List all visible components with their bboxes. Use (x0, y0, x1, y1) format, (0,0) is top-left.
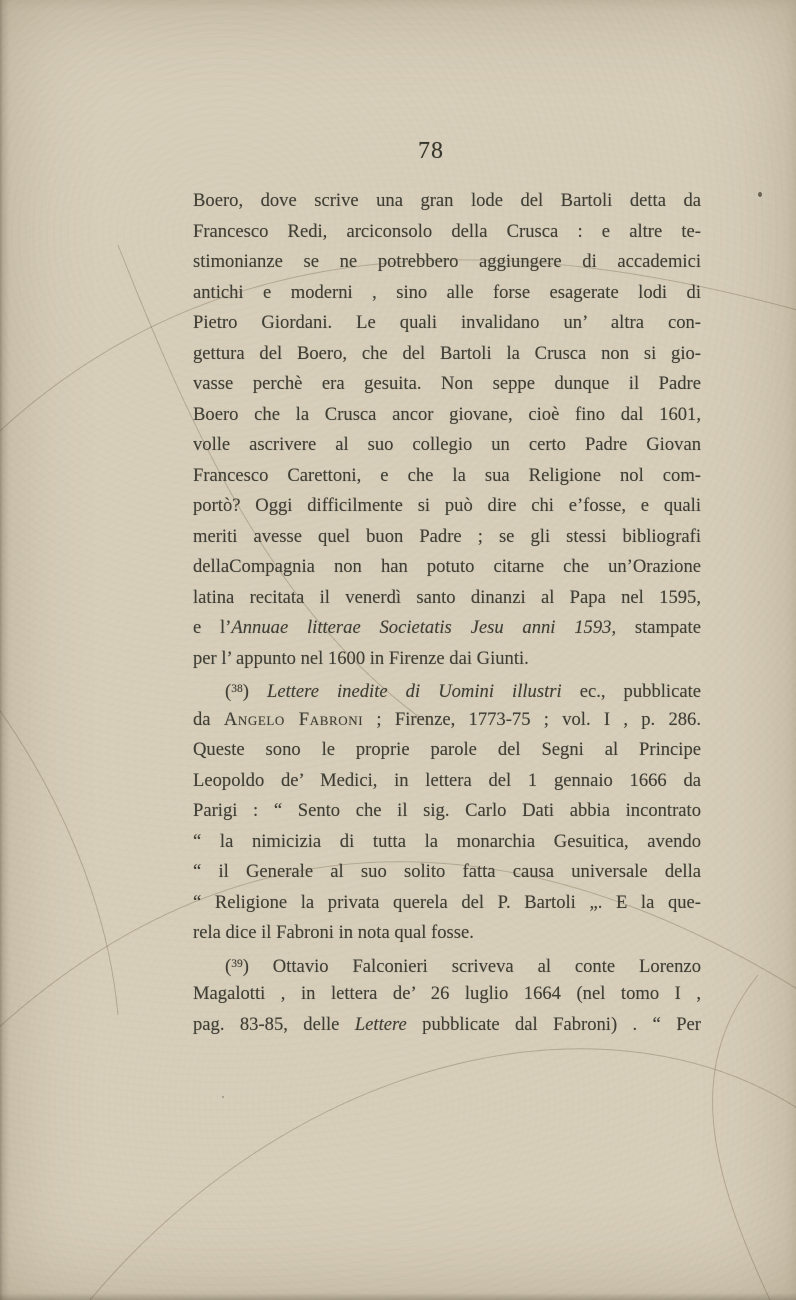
text-segment: ) (243, 681, 267, 702)
text-line: gettura del Boero, che del Bartoli la Cr… (193, 339, 701, 370)
ink-speck (222, 1096, 224, 1098)
text-line: portò? Oggi difficilmente si può dire ch… (193, 491, 701, 522)
text-line: stimonianze se ne potrebbero aggiungere … (193, 247, 701, 278)
text-segment: ) Ottavio Falconieri scriveva al conte L… (243, 955, 701, 976)
text-segment: antichi e moderni , sino alle forse esag… (193, 282, 701, 303)
text-line: dellaCompagnia non han potuto citarne ch… (193, 552, 701, 583)
text-line: volle ascrivere al suo collegio un certo… (193, 430, 701, 461)
text-segment: Leopoldo de’ Medici, in lettera del 1 ge… (193, 770, 701, 791)
text-line: “ Religione la privata querela del P. Ba… (193, 888, 701, 919)
text-segment: Francesco Carettoni, e che la sua Religi… (193, 465, 701, 486)
text-line: meriti avesse quel buon Padre ; se gli s… (193, 522, 701, 553)
text-segment: Lettere inedite di Uomini illustri (267, 681, 562, 702)
text-segment: pubblicate dal Fabroni) . “ Per (407, 1014, 701, 1035)
text-segment: Angelo Fabroni (224, 709, 363, 730)
text-segment: pag. 83-85, delle (193, 1014, 355, 1035)
text-segment: “ il Generale al suo solito fatta causa … (193, 861, 701, 882)
text-segment: Pietro Giordani. Le quali invalidano un’… (193, 312, 701, 333)
text-segment: 38 (231, 683, 243, 695)
text-line: antichi e moderni , sino alle forse esag… (193, 278, 701, 309)
text-segment: “ Religione la privata querela del P. Ba… (193, 892, 701, 913)
text-segment: portò? Oggi difficilmente si può dire ch… (193, 495, 701, 516)
text-line: pag. 83-85, delle Lettere pubblicate dal… (193, 1010, 701, 1041)
text-line: Boero che la Crusca ancor giovane, cioè … (193, 400, 701, 431)
text-line: (39) Ottavio Falconieri scriveva al cont… (193, 949, 701, 980)
text-segment: latina recitata il venerdì santo dinanzi… (193, 587, 701, 608)
body-text: Boero, dove scrive una gran lode del Bar… (193, 186, 701, 1040)
text-line: da Angelo Fabroni ; Firenze, 1773-75 ; v… (193, 705, 701, 736)
text-line: Francesco Carettoni, e che la sua Religi… (193, 461, 701, 492)
text-line: Magalotti , in lettera de’ 26 luglio 166… (193, 979, 701, 1010)
text-segment: Queste sono le proprie parole del Segni … (193, 739, 701, 760)
text-line: “ la nimicizia di tutta la monarchia Ges… (193, 827, 701, 858)
text-segment: meriti avesse quel buon Padre ; se gli s… (193, 526, 701, 547)
text-segment: e l’ (193, 617, 231, 638)
text-segment: Magalotti , in lettera de’ 26 luglio 166… (193, 983, 701, 1004)
scanned-page: 78 Boero, dove scrive una gran lode del … (0, 0, 796, 1300)
text-line: Parigi : “ Sento che il sig. Carlo Dati … (193, 796, 701, 827)
text-line: Queste sono le proprie parole del Segni … (193, 735, 701, 766)
text-segment: Lettere (355, 1014, 407, 1035)
text-segment: Boero che la Crusca ancor giovane, cioè … (193, 404, 701, 425)
text-segment: per l’ appunto nel 1600 in Firenze dai G… (193, 648, 529, 669)
page-number: 78 (407, 138, 455, 165)
text-segment: stimonianze se ne potrebbero aggiungere … (193, 251, 701, 272)
text-line: rela dice il Fabroni in nota qual fosse. (193, 918, 701, 949)
text-segment: gettura del Boero, che del Bartoli la Cr… (193, 343, 701, 364)
ink-speck (758, 192, 762, 197)
text-line: “ il Generale al suo solito fatta causa … (193, 857, 701, 888)
text-segment: volle ascrivere al suo collegio un certo… (193, 434, 701, 455)
text-segment: rela dice il Fabroni in nota qual fosse. (193, 922, 474, 943)
text-segment: “ la nimicizia di tutta la monarchia Ges… (193, 831, 701, 852)
text-segment: ; Firenze, 1773-75 ; vol. I , p. 286. (363, 709, 701, 730)
text-line: per l’ appunto nel 1600 in Firenze dai G… (193, 644, 701, 675)
text-line: vasse perchè era gesuita. Non seppe dunq… (193, 369, 701, 400)
text-line: Boero, dove scrive una gran lode del Bar… (193, 186, 701, 217)
text-segment: da (193, 709, 224, 730)
text-line: Pietro Giordani. Le quali invalidano un’… (193, 308, 701, 339)
text-line: e l’Annuae litterae Societatis Jesu anni… (193, 613, 701, 644)
text-segment: Boero, dove scrive una gran lode del Bar… (193, 190, 701, 211)
text-line: (38) Lettere inedite di Uomini illustri … (193, 674, 701, 705)
text-segment: , stampate (611, 617, 701, 638)
text-segment: dellaCompagnia non han potuto citarne ch… (193, 556, 701, 577)
text-segment: 39 (231, 958, 243, 970)
text-segment: vasse perchè era gesuita. Non seppe dunq… (193, 373, 701, 394)
text-segment: Annuae litterae Societatis Jesu anni 159… (231, 617, 611, 638)
text-segment: Parigi : “ Sento che il sig. Carlo Dati … (193, 800, 701, 821)
text-line: Francesco Redi, arciconsolo della Crusca… (193, 217, 701, 248)
text-segment: Francesco Redi, arciconsolo della Crusca… (193, 221, 701, 242)
text-line: latina recitata il venerdì santo dinanzi… (193, 583, 701, 614)
text-line: Leopoldo de’ Medici, in lettera del 1 ge… (193, 766, 701, 797)
text-segment: ec., pubblicate (562, 681, 701, 702)
